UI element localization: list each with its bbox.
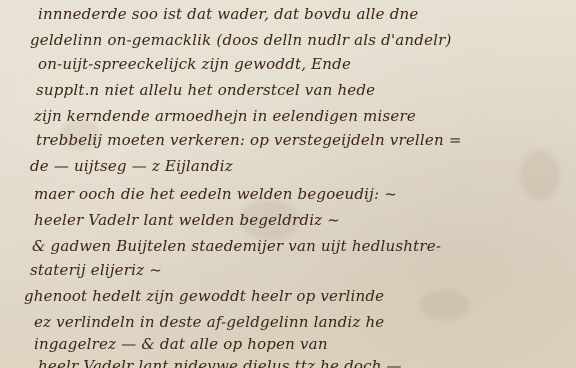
- paper-stain: [520, 150, 560, 200]
- manuscript-line: zijn kerndende armoedhejn in eelendigen …: [34, 106, 416, 126]
- manuscript-line: ez verlindeln in deste af-geldgelinn lan…: [34, 312, 384, 332]
- manuscript-line: trebbelij moeten verkeren: op verstegeij…: [36, 130, 462, 150]
- paper-stain: [420, 290, 470, 320]
- manuscript-line: maer ooch die het eedeln welden begoeudi…: [34, 184, 397, 204]
- manuscript-line: on-uijt-spreeckelijck zijn gewoddt, Ende: [38, 54, 351, 74]
- manuscript-line: heelr Vadelr lant nidevwe dielus ttz he …: [38, 356, 402, 368]
- manuscript-line: staterij elijeriz ~: [30, 260, 162, 280]
- manuscript-line: supplt.n niet allelu het onderstcel van …: [36, 80, 375, 100]
- manuscript-line: geldelinn on-gemacklik (doos delln nudlr…: [30, 30, 452, 50]
- manuscript-line: ingagelrez — & dat alle op hopen van: [34, 334, 328, 354]
- manuscript-page: innnederde soo ist dat wader, dat bovdu …: [0, 0, 576, 368]
- manuscript-line: & gadwen Buijtelen staedemijer van uijt …: [32, 236, 441, 256]
- manuscript-line: de — uijtseg — z Eijlandiz: [30, 156, 233, 176]
- manuscript-line: ghenoot hedelt zijn gewoddt heelr op ver…: [24, 286, 384, 306]
- manuscript-line: innnederde soo ist dat wader, dat bovdu …: [38, 4, 418, 24]
- manuscript-line: heeler Vadelr lant welden begeldrdiz ~: [34, 210, 340, 230]
